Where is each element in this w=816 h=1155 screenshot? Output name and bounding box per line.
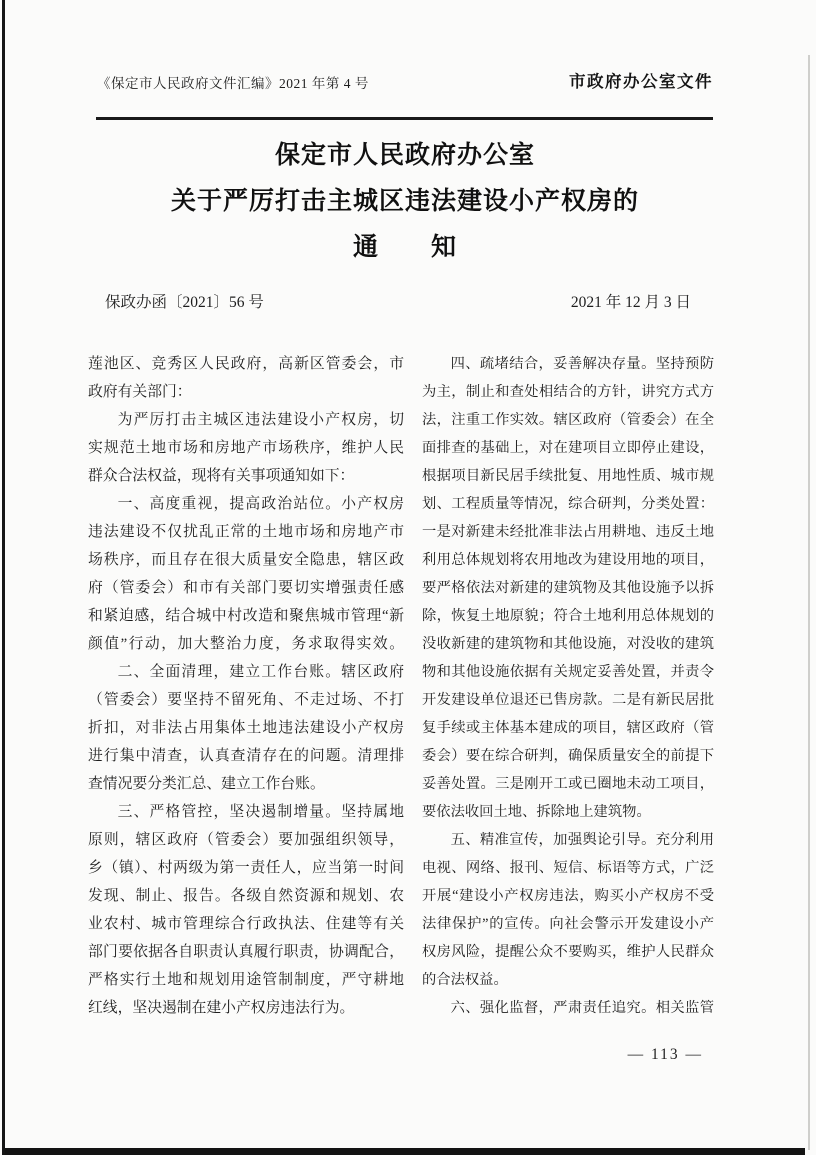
header-rule <box>96 117 713 120</box>
body-text-line: 部门要依据各自职责认真履行职责，协调配合， <box>88 938 404 966</box>
body-text-line: 法，注重工作实效。辖区政府（管委会）在全 <box>422 406 714 434</box>
title-line-1: 保定市人民政府办公室 <box>97 133 713 179</box>
column-right: 四、疏堵结合，妥善解决存量。坚持预防为主，制止和查处相结合的方针，讲究方式方法，… <box>422 350 714 1022</box>
body-text-line: 四、疏堵结合，妥善解决存量。坚持预防 <box>422 350 714 378</box>
title-line-3: 通 知 <box>97 225 713 271</box>
column-left: 莲池区、竞秀区人民政府，高新区管委会，市政府有关部门：为严厉打击主城区违法建设小… <box>88 350 404 1022</box>
body-text-line: 为严厉打击主城区违法建设小产权房，切 <box>88 406 404 434</box>
doc-date: 2021 年 12 月 3 日 <box>571 290 705 316</box>
page-header: 《保定市人民政府文件汇编》2021 年第 4 号 市政府办公室文件 <box>97 68 713 92</box>
body-text-line: 乡（镇）、村两级为第一责任人，应当第一时间 <box>88 854 404 882</box>
doc-number: 保政办函〔2021〕56 号 <box>105 290 264 316</box>
body-text-line: 根据项目新民居手续批复、用地性质、城市规 <box>422 462 714 490</box>
body-text-line: 权房风险，提醒公众不要购买，维护人民群众 <box>422 938 714 966</box>
body-text-line: 三、严格管控，坚决遏制增量。坚持属地 <box>88 798 404 826</box>
body-text-line: 的合法权益。 <box>422 966 714 994</box>
body-text-line: 电视、网络、报刊、短信、标语等方式，广泛 <box>422 854 714 882</box>
doc-meta: 保政办函〔2021〕56 号 2021 年 12 月 3 日 <box>105 290 705 316</box>
body-text-line: 颜值”行动，加大整治力度，务求取得实效。 <box>88 630 404 658</box>
body-text-line: 和紧迫感，结合城中村改造和聚焦城市管理“新 <box>88 602 404 630</box>
body-text-line: 政府有关部门： <box>88 378 404 406</box>
body-text-line: 严格实行土地和规划用途管制制度，严守耕地 <box>88 966 404 994</box>
body-text-line: 要严格依法对新建的建筑物及其他设施予以拆 <box>422 574 714 602</box>
body-text-line: 业农村、城市管理综合行政执法、住建等有关 <box>88 910 404 938</box>
body-text-line: 六、强化监督，严肃责任追究。相关监管 <box>422 994 714 1022</box>
document-title: 保定市人民政府办公室 关于严厉打击主城区违法建设小产权房的 通 知 <box>97 133 713 271</box>
body-text-line: 面排查的基础上，对在建项目立即停止建设， <box>422 434 714 462</box>
body-text-line: 红线，坚决遏制在建小产权房违法行为。 <box>88 994 404 1022</box>
body-text-line: （管委会）要坚持不留死角、不走过场、不打 <box>88 686 404 714</box>
body-text-line: 开展“建设小产权房违法，购买小产权房不受 <box>422 882 714 910</box>
header-volume-label: 《保定市人民政府文件汇编》2021 年第 4 号 <box>97 72 369 92</box>
body-text-line: 委会）要在综合研判，确保质量安全的前提下 <box>422 742 714 770</box>
body-text-line: 原则，辖区政府（管委会）要加强组织领导， <box>88 826 404 854</box>
title-line-2: 关于严厉打击主城区违法建设小产权房的 <box>97 179 713 225</box>
body-text-line: 违法建设不仅扰乱正常的土地市场和房地产市 <box>88 518 404 546</box>
header-category-label: 市政府办公室文件 <box>569 68 713 92</box>
body-text-line: 折扣，对非法占用集体土地违法建设小产权房 <box>88 714 404 742</box>
body-columns: 莲池区、竞秀区人民政府，高新区管委会，市政府有关部门：为严厉打击主城区违法建设小… <box>88 350 714 1022</box>
body-text-line: 除，恢复土地原貌；符合土地利用总体规划的 <box>422 602 714 630</box>
body-text-line: 划、工程质量等情况，综合研判，分类处置： <box>422 490 714 518</box>
body-text-line: 法律保护”的宣传。向社会警示开发建设小产 <box>422 910 714 938</box>
body-text-line: 为主，制止和查处相结合的方针，讲究方式方 <box>422 378 714 406</box>
body-text-line: 府（管委会）和市有关部门要切实增强责任感 <box>88 574 404 602</box>
scan-edge-bottom <box>5 1148 805 1155</box>
body-text-line: 查情况要分类汇总、建立工作台账。 <box>88 770 404 798</box>
body-text-line: 群众合法权益，现将有关事项通知如下： <box>88 462 404 490</box>
body-text-line: 莲池区、竞秀区人民政府，高新区管委会，市 <box>88 350 404 378</box>
body-text-line: 利用总体规划将农用地改为建设用地的项目， <box>422 546 714 574</box>
body-text-line: 一、高度重视，提高政治站位。小产权房 <box>88 490 404 518</box>
page-number: — 113 — <box>97 1046 703 1064</box>
body-text-line: 物和其他设施依据有关规定妥善处置，并责令 <box>422 658 714 686</box>
body-text-line: 开发建设单位退还已售房款。二是有新民居批 <box>422 686 714 714</box>
body-text-line: 二、全面清理，建立工作台账。辖区政府 <box>88 658 404 686</box>
body-text-line: 复手续或主体基本建成的项目，辖区政府（管 <box>422 714 714 742</box>
body-text-line: 发现、制止、报告。各级自然资源和规划、农 <box>88 882 404 910</box>
scanned-document-page: { "document": { "colors": { "ink": "#1d1… <box>0 0 816 1155</box>
body-text-line: 五、精准宣传，加强舆论引导。充分利用 <box>422 826 714 854</box>
body-text-line: 没收新建的建筑物和其他设施，对没收的建筑 <box>422 630 714 658</box>
body-text-line: 场秩序，而且存在很大质量安全隐患，辖区政 <box>88 546 404 574</box>
scan-edge-left <box>2 0 5 1155</box>
body-text-line: 要依法收回土地、拆除地上建筑物。 <box>422 798 714 826</box>
body-text-line: 一是对新建未经批准非法占用耕地、违反土地 <box>422 518 714 546</box>
body-text-line: 实规范土地市场和房地产市场秩序，维护人民 <box>88 434 404 462</box>
scan-edge-right <box>808 55 810 1150</box>
body-text-line: 妥善处置。三是刚开工或已圈地未动工项目， <box>422 770 714 798</box>
body-text-line: 进行集中清查，认真查清存在的问题。清理排 <box>88 742 404 770</box>
